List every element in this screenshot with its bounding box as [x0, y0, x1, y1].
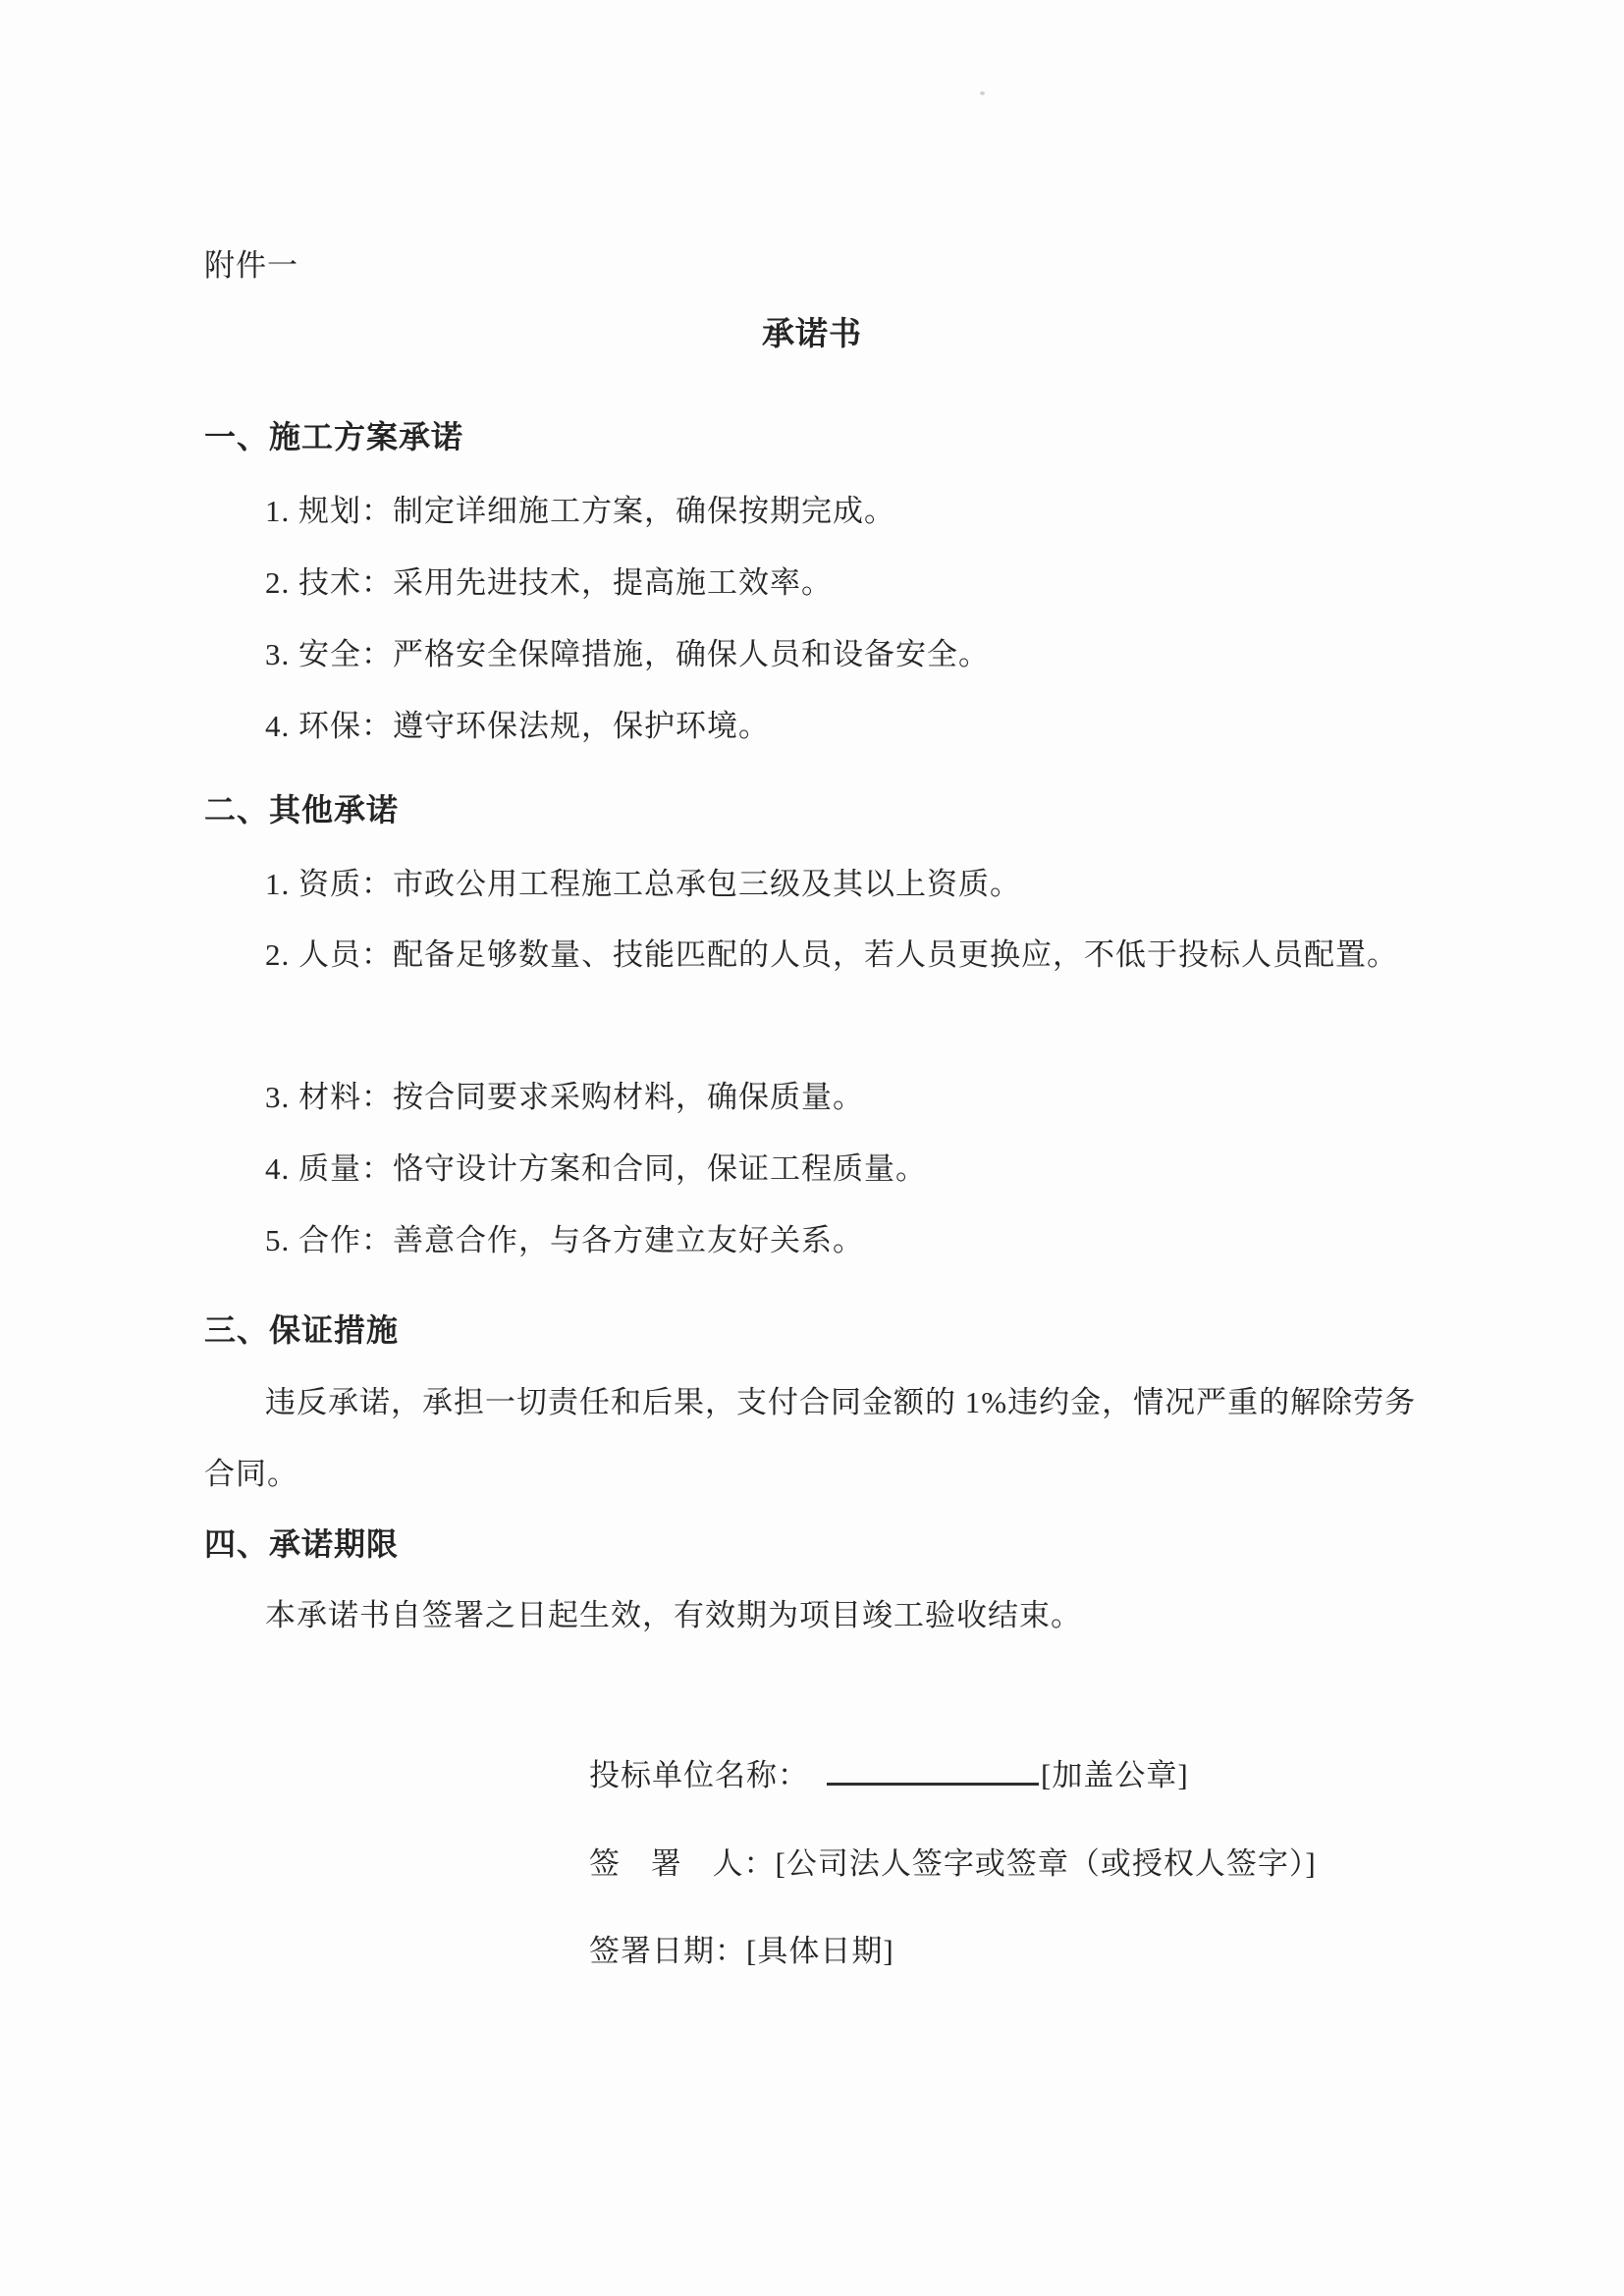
document-title: 承诺书 [204, 299, 1420, 371]
signature-date-value: [具体日期] [746, 1934, 894, 1968]
org-name-blank-underline [827, 1749, 1039, 1786]
commitment-item: 3. 材料：按合同要求采购材料，确保质量。 [204, 1061, 1420, 1133]
section-heading-construction-plan: 一、施工方案承诺 [204, 401, 1420, 473]
signature-org-line: 投标单位名称：[加盖公章] [589, 1739, 1189, 1811]
commitment-item: 4. 质量：恪守设计方案和合同，保证工程质量。 [204, 1133, 1420, 1204]
signature-date-line: 签署日期：[具体日期] [589, 1915, 894, 1987]
commitment-item: 1. 规划：制定详细施工方案，确保按期完成。 [204, 475, 1420, 547]
signature-org-label: 投标单位名称： [589, 1758, 809, 1792]
scanned-document-page: 附件一 承诺书 一、施工方案承诺 1. 规划：制定详细施工方案，确保按期完成。 … [0, 0, 1624, 2296]
section-heading-guarantee-measures: 三、保证措施 [204, 1295, 1420, 1366]
commitment-item: 2. 人员：配备足够数量、技能匹配的人员，若人员更换应，不低于投标人员配置。 [204, 919, 1420, 990]
section-body-period: 本承诺书自签署之日起生效，有效期为项目竣工验收结束。 [204, 1579, 1420, 1651]
commitment-item: 1. 资质：市政公用工程施工总承包三级及其以上资质。 [204, 848, 1420, 920]
signature-date-label: 签署日期： [589, 1934, 746, 1968]
signature-signer-value: [公司法人签字或签章（或授权人签字）] [776, 1846, 1317, 1881]
commitment-item: 4. 环保：遵守环保法规，保护环境。 [204, 690, 1420, 762]
commitment-item: 5. 合作：善意合作，与各方建立友好关系。 [204, 1204, 1420, 1276]
section-heading-commitment-period: 四、承诺期限 [204, 1509, 1420, 1580]
document-content: 附件一 承诺书 一、施工方案承诺 1. 规划：制定详细施工方案，确保按期完成。 … [204, 0, 1420, 2296]
commitment-item: 3. 安全：严格安全保障措施，确保人员和设备安全。 [204, 618, 1420, 690]
signature-signer-label: 签 署 人： [589, 1846, 776, 1881]
signature-signer-line: 签 署 人：[公司法人签字或签章（或授权人签字）] [589, 1828, 1317, 1899]
section-heading-other-commitments: 二、其他承诺 [204, 774, 1420, 846]
signature-org-seal-note: [加盖公章] [1041, 1758, 1189, 1792]
commitment-item: 2. 技术：采用先进技术，提高施工效率。 [204, 547, 1420, 618]
section-body-guarantee: 违反承诺，承担一切责任和后果，支付合同金额的 1%违约金，情况严重的解除劳务合同… [204, 1366, 1420, 1510]
attachment-label: 附件一 [204, 230, 1420, 301]
